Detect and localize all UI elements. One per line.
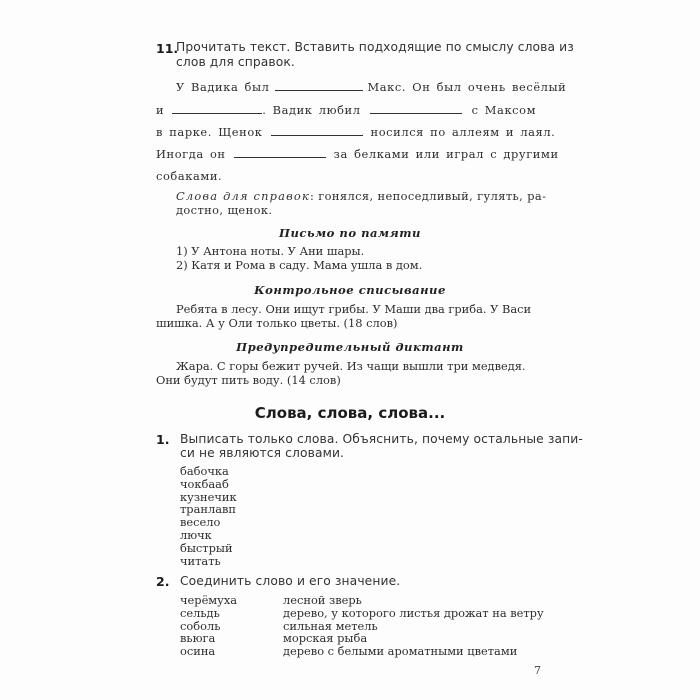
warning-dictation-line1: Жара. С горы бежит ручей. Из чащи вышли … (176, 359, 526, 373)
warning-dictation-line2: Они будут пить воду. (14 слов) (156, 373, 341, 387)
task-1-instruction-line1: Выписать только слова. Объяснить, почему… (180, 432, 583, 446)
textbook-page: 11. Прочитать текст. Вставить подходящие… (0, 0, 700, 700)
blank-3[interactable] (370, 103, 462, 114)
task-11-number: 11. (156, 41, 178, 56)
task-11-instruction-line2: слов для справок. (176, 55, 295, 69)
page-number: 7 (534, 664, 541, 677)
word-list: бабочка чокбааб кузнечик транлавп весело… (180, 465, 237, 567)
fill-text-line-2: и. Вадик любилс Максом (156, 103, 536, 117)
match-meaning: дерево, у которого листья дрожат на ветр… (283, 607, 544, 620)
text-fragment: с Максом (472, 103, 536, 117)
text-fragment: У Вадика был (176, 80, 270, 94)
word-list-item: читать (180, 555, 237, 568)
text-fragment: Иногда он (156, 147, 226, 161)
blank-1[interactable] (275, 80, 363, 91)
word-list-item: чокбааб (180, 478, 237, 491)
match-meaning: лесной зверь (283, 594, 544, 607)
memory-writing-item-1: 1) У Антона ноты. У Ани шары. (176, 244, 364, 258)
blank-4[interactable] (271, 125, 363, 136)
blank-2[interactable] (172, 103, 262, 114)
task-2-instruction: Соединить слово и его значение. (180, 574, 400, 588)
text-fragment: . Вадик любил (262, 103, 360, 117)
word-list-item: лючк (180, 529, 237, 542)
task-1-instruction-line2: си не являются словами. (180, 446, 344, 460)
text-fragment: в парке. Щенок (156, 125, 263, 139)
control-copy-line2: шишка. А у Оли только цветы. (18 слов) (156, 316, 397, 330)
task-11-instruction-line1: Прочитать текст. Вставить подходящие по … (176, 40, 574, 54)
task-1-number: 1. (156, 432, 169, 447)
match-word: осина (180, 645, 237, 658)
reference-words: Слова для справок: гонялся, непоседливый… (176, 189, 546, 203)
fill-text-line-4: Иногда онза белками или играл с другими (156, 147, 559, 161)
fill-text-line-5: собаками. (156, 169, 222, 183)
text-fragment: за белками или играл с другими (334, 147, 559, 161)
text-fragment: носился по аллеям и лаял. (371, 125, 556, 139)
memory-writing-title: Письмо по памяти (0, 226, 700, 240)
reference-words-list: : гонялся, непоседливый, гулять, ра- (310, 189, 546, 203)
task-11: 11. (156, 40, 178, 58)
match-word: сельдь (180, 607, 237, 620)
match-word: черёмуха (180, 594, 237, 607)
text-fragment: Макс. Он был очень весёлый (368, 80, 567, 94)
match-meanings-column: лесной зверь дерево, у которого листья д… (283, 594, 544, 658)
word-list-item: бабочка (180, 465, 237, 478)
fill-text-line-3: в парке. Щенокносился по аллеям и лаял. (156, 125, 555, 139)
reference-words-line2: достно, щенок. (176, 203, 272, 217)
match-meaning: дерево с белыми ароматными цветами (283, 645, 544, 658)
text-fragment: и (156, 103, 164, 117)
warning-dictation-title: Предупредительный диктант (0, 340, 700, 354)
control-copy-title: Контрольное списывание (0, 283, 700, 297)
reference-label: Слова для справок (176, 189, 310, 203)
memory-writing-item-2: 2) Катя и Рома в саду. Мама ушла в дом. (176, 258, 422, 272)
section-title: Слова, слова, слова... (0, 404, 700, 422)
word-list-item: быстрый (180, 542, 237, 555)
task-2-number: 2. (156, 574, 169, 589)
blank-5[interactable] (234, 147, 326, 158)
control-copy-line1: Ребята в лесу. Они ищут грибы. У Маши дв… (176, 302, 531, 316)
match-words-column: черёмуха сельдь соболь вьюга осина (180, 594, 237, 658)
fill-text-line-1: У Вадика былМакс. Он был очень весёлый (176, 80, 566, 94)
